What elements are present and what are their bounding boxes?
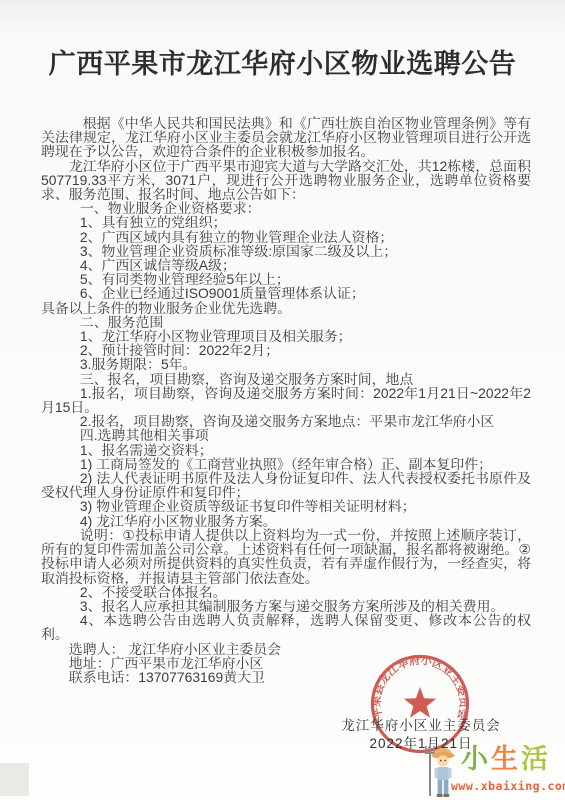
paragraph: 1、具有独立的党组织； xyxy=(41,215,531,229)
paragraph: 2、不接受联合体报名。 xyxy=(41,585,531,599)
watermark-text: 小生活 xyxy=(461,744,551,774)
paragraph: 4) 龙江华府小区物业服务方案。 xyxy=(41,514,531,528)
paragraph: 5、有同类物业管理经验5年以上； xyxy=(41,272,531,286)
paragraph: 三、报名，项目勘察，咨询及递交服务方案时间，地点 xyxy=(41,372,531,386)
paragraph: 1、报名需递交资料； xyxy=(41,443,531,457)
paragraph: 2.报名，项目勘察，咨询及递交服务方案地点：平果市龙江华府小区 xyxy=(41,414,531,428)
seal-star-icon xyxy=(404,687,436,718)
paragraph: 4、广西区诚信等级A级； xyxy=(41,258,531,272)
paragraph: 3、物业管理企业资质标准等级:原国家二级及以上； xyxy=(41,244,531,258)
page-title: 广西平果市龙江华府小区物业选聘公告 xyxy=(0,42,565,81)
watermark-url: www.xbaixing.com xyxy=(451,779,565,793)
paragraph: 具备以上条件的物业服务企业优先选聘。 xyxy=(41,301,531,315)
paragraph: 1.报名，项目勘察，咨询及递交服务方案时间：2022年1月21日~2022年2月… xyxy=(41,386,531,414)
paragraph: 根据《中华人民共和国民法典》和《广西壮族自治区物业管理条例》等有关法律规定，龙江… xyxy=(41,116,531,159)
watermark-char: 小 xyxy=(461,744,491,774)
paragraph: 2、广西区域内具有独立的物业管理企业法人资格； xyxy=(41,230,531,244)
paragraph: 1、龙江华府小区物业管理项目及相关服务； xyxy=(41,329,531,343)
paragraph: 四.选聘其他相关事项 xyxy=(41,428,531,442)
paragraph: 2) 法人代表证明书原件及法人身份证复印件、法人代表授权委托书原件及受权代理人身… xyxy=(41,471,531,499)
announcement-page: 广西平果市龙江华府小区物业选聘公告 根据《中华人民共和国民法典》和《广西壮族自治… xyxy=(0,0,565,800)
paragraph: 龙江华府小区位于广西平果市迎宾大道与大学路交汇处，共12栋楼，总面积507719… xyxy=(41,159,531,202)
paragraph: 二、服务范围 xyxy=(41,315,531,329)
scan-artifact xyxy=(0,763,29,796)
paragraph: 3、报名人应承担其编制服务方案与递交服务方案所涉及的相关费用。 xyxy=(41,599,531,613)
signature-committee: 龙江华府小区业主委员会 xyxy=(330,717,512,735)
paragraph: 4、本选聘公告由选聘人负责解释，选聘人保留变更、修改本公告的权利。 xyxy=(41,613,531,641)
paragraph: 1) 工商局签发的《工商营业执照》（经年审合格）正、副本复印件； xyxy=(41,457,531,471)
paragraph: 一、物业服务企业资格要求： xyxy=(41,201,531,215)
watermark-char: 生 xyxy=(491,744,521,774)
document-body: 根据《中华人民共和国民法典》和《广西壮族自治区物业管理条例》等有关法律规定，龙江… xyxy=(41,116,531,684)
paragraph: 3) 物业管理企业资质等级证书复印件等相关证明材料； xyxy=(41,499,531,513)
paragraph: 2、预计接管时间：2022年2月； xyxy=(41,343,531,357)
paragraph: 说明：①投标申请人提供以上资料均为一式一份，并按照上述顺序装订，所有的复印件需加… xyxy=(41,528,531,585)
paragraph: 6、企业已经通过ISO9001质量管理体系认证； xyxy=(41,286,531,300)
paragraph: 3.服务期限：5年。 xyxy=(41,357,531,371)
watermark-char: 活 xyxy=(521,744,551,774)
